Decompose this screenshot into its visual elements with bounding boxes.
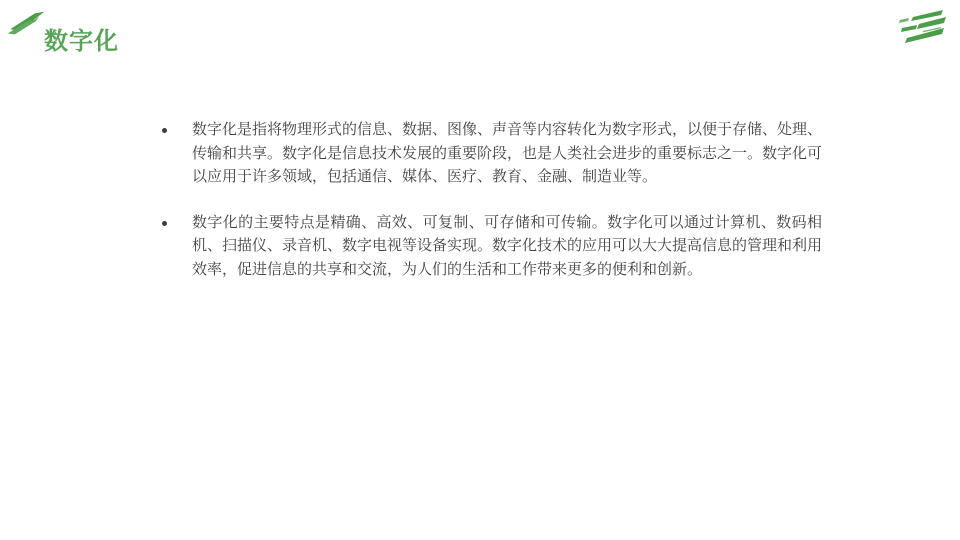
bullet-text-2: 数字化的主要特点是精确、高效、可复制、可存储和可传输。数字化可以通过计算机、数码… — [192, 211, 822, 282]
brush-stroke-icon — [6, 7, 48, 39]
bullet-dot-icon — [162, 128, 167, 133]
list-item: 数字化的主要特点是精确、高效、可复制、可存储和可传输。数字化可以通过计算机、数码… — [160, 211, 822, 282]
slide-body: 数字化是指将物理形式的信息、数据、图像、声音等内容转化为数字形式，以便于存储、处… — [160, 118, 822, 303]
bullet-dot-icon — [162, 221, 167, 226]
page-title: 数字化 — [44, 27, 119, 57]
slide: 数字化 数字化是指将物理形式的信息、数据、图像、声音等内容转化为数字形式，以便于… — [0, 0, 960, 540]
speed-lines-icon — [892, 7, 948, 45]
list-item: 数字化是指将物理形式的信息、数据、图像、声音等内容转化为数字形式，以便于存储、处… — [160, 118, 822, 189]
bullet-text-1: 数字化是指将物理形式的信息、数据、图像、声音等内容转化为数字形式，以便于存储、处… — [192, 118, 822, 189]
